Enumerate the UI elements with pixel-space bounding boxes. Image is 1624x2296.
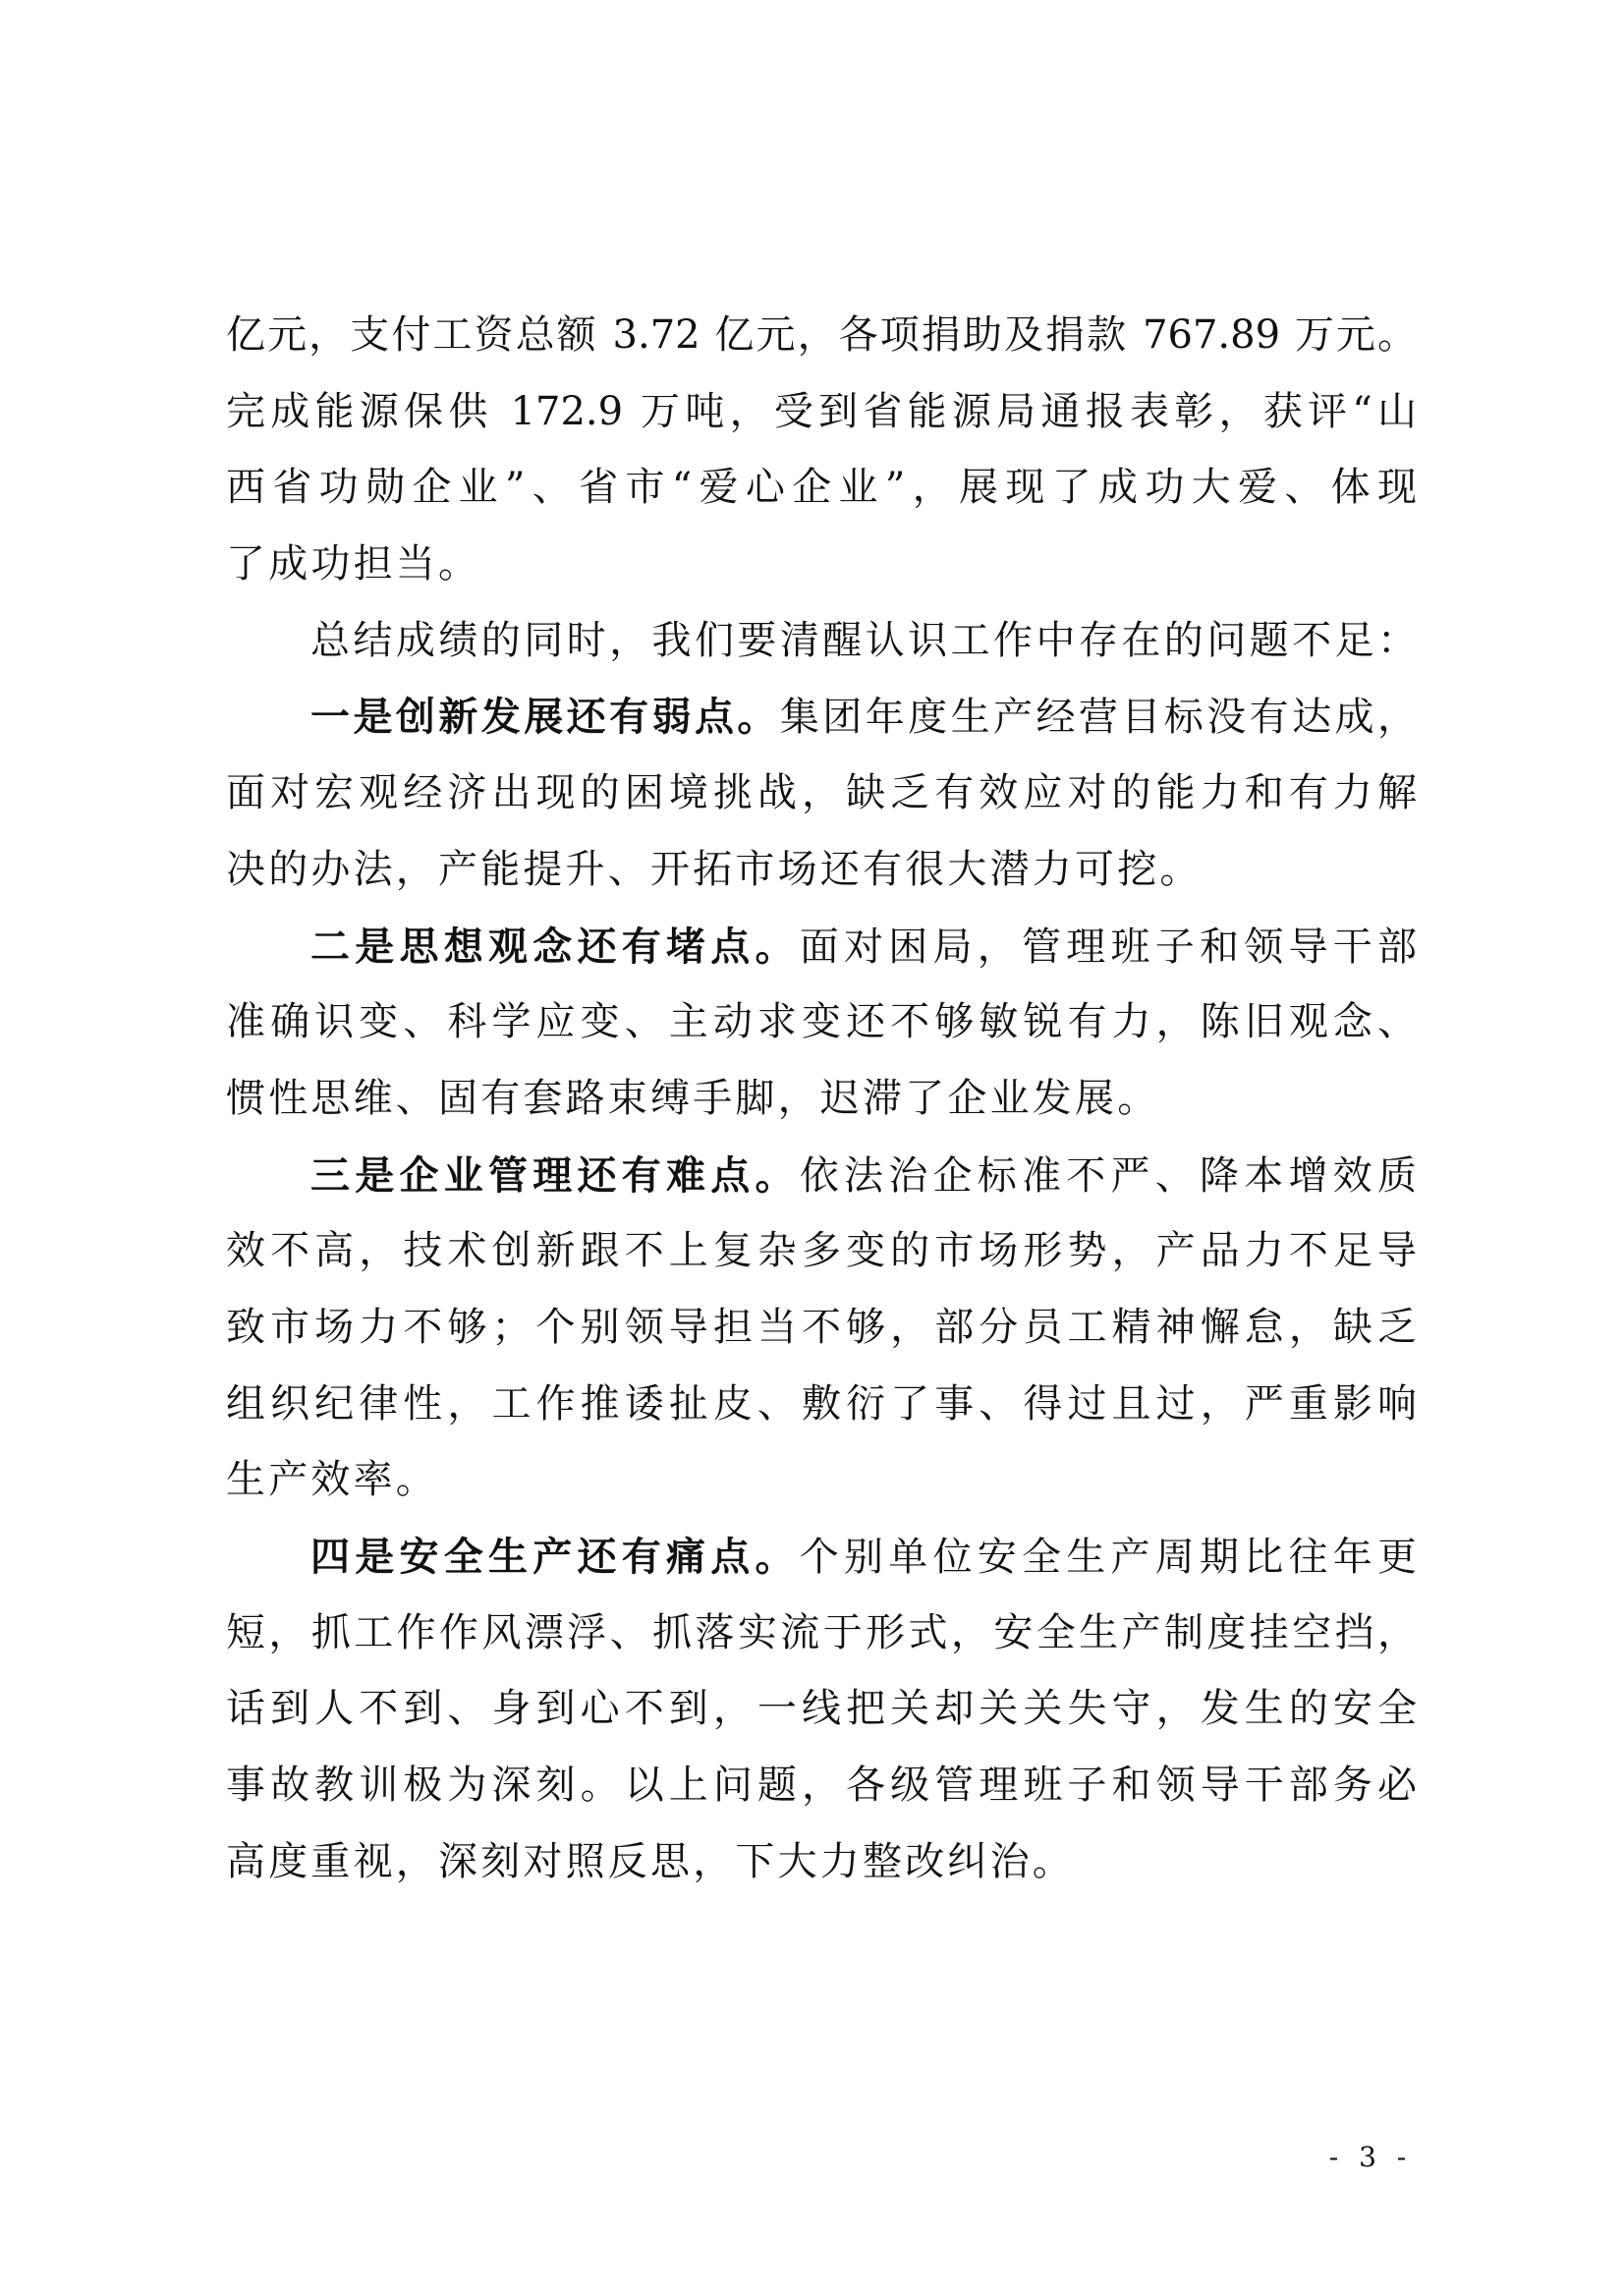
paragraph-heading: 一是创新发展还有弱点。: [310, 694, 780, 740]
paragraph-text: 决的办法，产能提升、开拓市场还有很大潜力可挖。: [226, 847, 1203, 892]
text-line: 三是企业管理还有难点。依法治企标准不严、降本增效质: [226, 1138, 1417, 1214]
text-line: 短，抓工作作风漂浮、抓落实流于形式，安全生产制度挂空挡，: [226, 1596, 1417, 1672]
paragraph-text: 致市场力不够；个别领导担当不够，部分员工精神懈怠，缺乏: [226, 1305, 1417, 1350]
paragraph-text: 总结成绩的同时，我们要清醒认识工作中存在的问题不足：: [310, 618, 1417, 663]
paragraph-text: 了成功担当。: [226, 541, 480, 587]
paragraph-problem-4: 四是安全生产还有痛点。个别单位安全生产周期比往年更短，抓工作作风漂浮、抓落实流于…: [226, 1519, 1417, 1900]
text-line: 总结成绩的同时，我们要清醒认识工作中存在的问题不足：: [226, 603, 1417, 680]
paragraph-text: 个别单位安全生产周期比往年更: [800, 1535, 1417, 1580]
paragraph-text: 效不高，技术创新跟不上复杂多变的市场形势，产品力不足导: [226, 1228, 1417, 1273]
text-line: 准确识变、科学应变、主动求变还不够敏锐有力，陈旧观念、: [226, 984, 1417, 1061]
paragraph-text: 面对宏观经济出现的困境挑战，缺乏有效应对的能力和有力解: [226, 770, 1417, 815]
text-line: 四是安全生产还有痛点。个别单位安全生产周期比往年更: [226, 1519, 1417, 1596]
text-line: 面对宏观经济出现的困境挑战，缺乏有效应对的能力和有力解: [226, 756, 1417, 832]
paragraph-text: 完成能源保供 172.9 万吨，受到省能源局通报表彰，获评“山: [226, 389, 1417, 434]
text-line: 高度重视，深刻对照反思，下大力整改纠治。: [226, 1824, 1417, 1901]
paragraph-heading: 三是企业管理还有难点。: [310, 1152, 800, 1199]
paragraph-achievements-continued: 亿元，支付工资总额 3.72 亿元，各项捐助及捐款 767.89 万元。完成能源…: [226, 298, 1417, 603]
paragraph-problem-3: 三是企业管理还有难点。依法治企标准不严、降本增效质效不高，技术创新跟不上复杂多变…: [226, 1138, 1417, 1519]
paragraph-text: 话到人不到、身到心不到，一线把关却关关失守，发生的安全: [226, 1686, 1417, 1731]
paragraph-text: 组织纪律性，工作推诿扯皮、敷衍了事、得过且过，严重影响: [226, 1381, 1417, 1427]
text-line: 完成能源保供 172.9 万吨，受到省能源局通报表彰，获评“山: [226, 374, 1417, 451]
paragraph-text: 准确识变、科学应变、主动求变还不够敏锐有力，陈旧观念、: [226, 999, 1417, 1044]
paragraph-text: 事故教训极为深刻。以上问题，各级管理班子和领导干部务必: [226, 1763, 1417, 1808]
text-line: 二是思想观念还有堵点。面对困局，管理班子和领导干部: [226, 909, 1417, 985]
paragraph-heading: 四是安全生产还有痛点。: [310, 1534, 800, 1580]
paragraph-text: 短，抓工作作风漂浮、抓落实流于形式，安全生产制度挂空挡，: [226, 1610, 1417, 1655]
paragraph-text: 集团年度生产经营目标没有达成，: [780, 695, 1417, 740]
paragraph-text: 生产效率。: [226, 1457, 438, 1502]
text-line: 生产效率。: [226, 1442, 1417, 1519]
paragraph-problems-intro: 总结成绩的同时，我们要清醒认识工作中存在的问题不足：: [226, 603, 1417, 680]
text-line: 了成功担当。: [226, 527, 1417, 603]
paragraph-text: 面对困局，管理班子和领导干部: [800, 924, 1417, 970]
text-line: 亿元，支付工资总额 3.72 亿元，各项捐助及捐款 767.89 万元。: [226, 298, 1417, 374]
document-page: 亿元，支付工资总额 3.72 亿元，各项捐助及捐款 767.89 万元。完成能源…: [0, 0, 1624, 2296]
paragraph-heading: 二是思想观念还有堵点。: [310, 924, 800, 970]
paragraph-text: 依法治企标准不严、降本增效质: [800, 1153, 1417, 1199]
text-line: 西省功勋企业”、省市“爱心企业”，展现了成功大爱、体现: [226, 450, 1417, 527]
text-line: 话到人不到、身到心不到，一线把关却关关失守，发生的安全: [226, 1671, 1417, 1748]
text-line: 事故教训极为深刻。以上问题，各级管理班子和领导干部务必: [226, 1748, 1417, 1824]
text-line: 决的办法，产能提升、开拓市场还有很大潜力可挖。: [226, 832, 1417, 909]
paragraph-text: 亿元，支付工资总额 3.72 亿元，各项捐助及捐款 767.89 万元。: [226, 312, 1417, 358]
paragraph-text: 西省功勋企业”、省市“爱心企业”，展现了成功大爱、体现: [226, 465, 1417, 510]
text-line: 惯性思维、固有套路束缚手脚，迟滞了企业发展。: [226, 1061, 1417, 1138]
paragraph-text: 惯性思维、固有套路束缚手脚，迟滞了企业发展。: [226, 1076, 1159, 1121]
paragraph-problem-1: 一是创新发展还有弱点。集团年度生产经营目标没有达成，面对宏观经济出现的困境挑战，…: [226, 679, 1417, 908]
paragraph-problem-2: 二是思想观念还有堵点。面对困局，管理班子和领导干部准确识变、科学应变、主动求变还…: [226, 909, 1417, 1138]
text-line: 效不高，技术创新跟不上复杂多变的市场形势，产品力不足导: [226, 1213, 1417, 1290]
body-text: 亿元，支付工资总额 3.72 亿元，各项捐助及捐款 767.89 万元。完成能源…: [226, 298, 1417, 1900]
paragraph-text: 高度重视，深刻对照反思，下大力整改纠治。: [226, 1839, 1075, 1884]
text-line: 组织纪律性，工作推诿扯皮、敷衍了事、得过且过，严重影响: [226, 1367, 1417, 1443]
page-number: - 3 -: [1316, 2136, 1425, 2179]
text-line: 一是创新发展还有弱点。集团年度生产经营目标没有达成，: [226, 679, 1417, 756]
text-line: 致市场力不够；个别领导担当不够，部分员工精神懈怠，缺乏: [226, 1290, 1417, 1367]
